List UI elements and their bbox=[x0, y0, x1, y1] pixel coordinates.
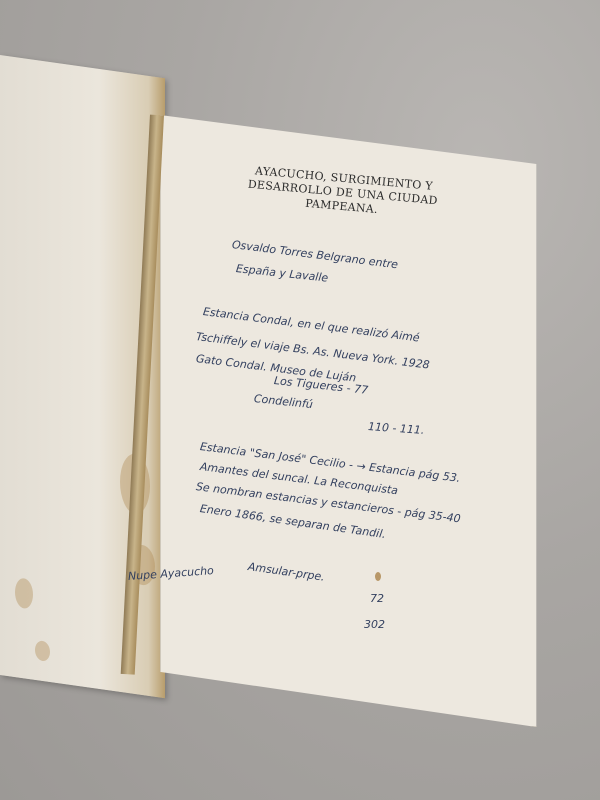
photo-scene: AYACUCHO, SURGIMIENTO Y DESARROLLO DE UN… bbox=[0, 0, 600, 800]
handwritten-line: 302 bbox=[364, 618, 385, 631]
stain bbox=[15, 577, 33, 610]
handwritten-line: 72 bbox=[370, 592, 384, 605]
foxing-spot bbox=[375, 572, 381, 581]
stain bbox=[35, 640, 50, 662]
